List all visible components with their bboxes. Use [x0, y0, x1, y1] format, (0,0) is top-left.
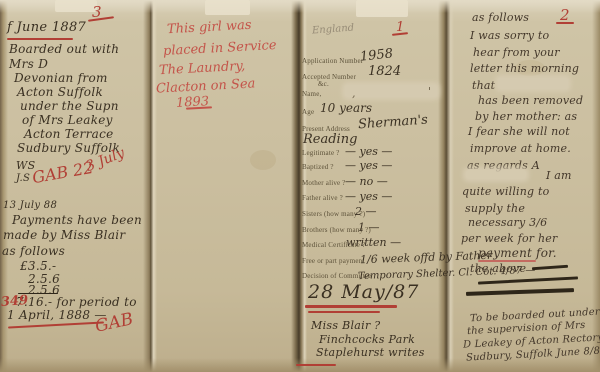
tape-remnant-2 [205, 0, 250, 15]
note-line: Acton Suffolk [17, 86, 103, 98]
red-double-underline-b [308, 311, 380, 313]
archive-document-photo: 3 f June 1887 Boarded out with Mrs D Dev… [0, 0, 600, 372]
payment-amount: £3.5.- [20, 260, 56, 272]
form-label: Baptized ? [302, 164, 334, 171]
contact-note-line: Finchcocks Park [319, 334, 415, 346]
note-line: of Mrs Leakey [22, 114, 113, 126]
payment-total: 7.16.- for period to [16, 296, 137, 308]
note-line: Devonian from [14, 72, 108, 84]
tape-remnant-1 [55, 0, 97, 12]
letter-name-smudge [498, 78, 568, 89]
contact-note-line: Staplehurst writes [316, 347, 425, 359]
letter-line: hear from your [473, 47, 560, 58]
red-number-349: 349 [1, 293, 29, 310]
date-heading: f June 1887 [7, 22, 86, 34]
form-label: Legitimate ? [302, 150, 340, 157]
note-line: under the Supn [20, 100, 119, 112]
name-trace-mark: ' [428, 86, 431, 97]
form-value: 1958 [360, 48, 394, 62]
foxing-spot-1 [250, 150, 276, 170]
service-note-line: The Laundry, [159, 59, 246, 78]
form-value-line2: Reading [303, 134, 357, 145]
service-note-line: placed in Service [163, 38, 277, 59]
form-label: Free or part payment [302, 258, 365, 265]
service-note-line: This girl was [167, 18, 252, 37]
note-line: Mrs D [9, 58, 48, 70]
letter-line: per week for her [461, 233, 557, 244]
letter-line: I fear she will not [468, 126, 570, 137]
letter-line: improve at home. [470, 143, 571, 154]
letter-line: I was sorry to [470, 30, 549, 41]
red-initials-gab22: GAB 22 [31, 158, 95, 187]
strikethrough-scribble-2 [478, 276, 578, 284]
payment-line: as follows [2, 245, 65, 257]
form-value: 2 — [355, 206, 377, 217]
red-underline-date [7, 38, 73, 40]
form-label-etc: &c. [318, 81, 329, 88]
form-value: — yes — [345, 160, 392, 171]
payment-line: Payments have been [12, 214, 142, 226]
form-value: Sherman's [358, 115, 428, 131]
form-value: 10 years [320, 103, 372, 114]
red-mark-bottom [296, 364, 336, 366]
letter-line: payment for. [478, 248, 557, 259]
tape-remnant-3 [356, 0, 408, 17]
red-double-underline-a [305, 305, 397, 308]
strikethrough-scribble-1 [532, 265, 568, 271]
letter-line: quite willing to [462, 186, 549, 197]
payment-line: made by Miss Blair [3, 229, 125, 241]
form-value: 1 — [358, 222, 380, 233]
form-label: Father alive ? [302, 195, 343, 202]
strikethrough-scribble-3 [466, 288, 574, 296]
letter-line: as follows [472, 12, 529, 23]
name-redaction-smudge [345, 85, 437, 97]
form-label: Accepted Number [302, 74, 356, 81]
form-label: Name, [302, 91, 321, 98]
contact-note-line: Miss Blair ? [311, 320, 381, 332]
form-label: Mother alive ? [302, 180, 346, 187]
letter-name-smudge-2 [466, 170, 526, 179]
form-label: Age [302, 109, 314, 116]
letter-line: that [472, 80, 495, 91]
pencil-note-england: England [312, 23, 355, 37]
form-value: written — [346, 237, 401, 248]
letter-line: letter this morning [470, 63, 579, 74]
committee-date-stamp: 28 May/87 [308, 286, 419, 298]
letter-line: by her mother: as [475, 111, 577, 122]
red-underline-page2 [556, 22, 574, 24]
note-line: Acton Terrace [24, 128, 114, 140]
note-line: Boarded out with [9, 43, 119, 55]
form-label: Application Number [302, 58, 363, 65]
letter-line: the above [470, 263, 526, 274]
payment-period: 1 April, 1888 — [7, 309, 107, 321]
fold-crease-1 [143, 0, 157, 372]
red-flourish-line [8, 321, 104, 328]
form-value: — yes — [345, 146, 392, 157]
letter-line: supply the [465, 203, 525, 214]
letter-line: necessary 3/6 [468, 217, 547, 228]
letter-line: has been removed [478, 95, 583, 106]
fold-crease-3 [438, 0, 454, 372]
red-underline-page1 [392, 32, 408, 36]
letter-line: I am [546, 170, 572, 181]
form-value: — yes — [345, 191, 392, 202]
name-trace-comma: , [352, 88, 356, 99]
form-value: 1824 [368, 66, 401, 77]
initials-js: J.S [16, 173, 30, 185]
payment-line: 13 July 88 [3, 200, 57, 212]
form-value: — no — [345, 176, 388, 187]
